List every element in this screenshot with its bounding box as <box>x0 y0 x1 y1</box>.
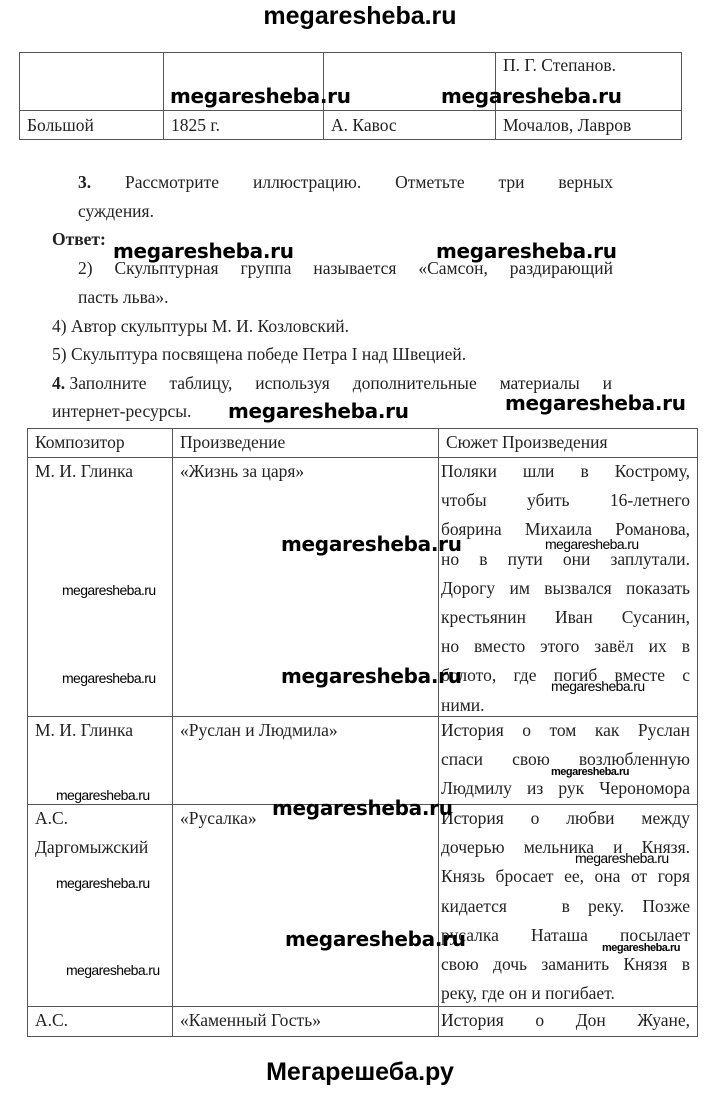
task-4-prompt-line2: интернет-ресурсы. <box>52 401 191 421</box>
watermark: megaresheba.ru <box>551 766 629 778</box>
site-title-header: megaresheba.ru <box>0 2 720 31</box>
watermark: megaresheba.ru <box>272 797 453 819</box>
composer-cell-cont: Даргомыжский <box>35 837 148 857</box>
table-border <box>27 428 28 1037</box>
task-number: 4. <box>52 373 65 393</box>
watermark: megaresheba.ru <box>281 665 462 687</box>
work-cell: «Каменный Гость» <box>180 1010 321 1030</box>
answer-item-cont: пасть льва». <box>78 287 169 307</box>
watermark: megaresheba.ru <box>56 787 150 803</box>
watermark: megaresheba.ru <box>62 670 156 686</box>
table-border <box>681 52 682 140</box>
task-number: 3. <box>78 172 91 192</box>
column-header-work: Произведение <box>180 432 285 452</box>
table-border <box>172 428 173 1037</box>
watermark: megaresheba.ru <box>170 85 351 107</box>
watermark: megaresheba.ru <box>228 400 409 422</box>
composer-cell: М. И. Глинка <box>35 461 133 481</box>
watermark: megaresheba.ru <box>56 875 150 891</box>
watermark: megaresheba.ru <box>436 240 617 262</box>
table-border <box>697 428 698 1037</box>
watermark: megaresheba.ru <box>62 582 156 598</box>
work-cell: «Жизнь за царя» <box>180 461 304 481</box>
table-border <box>163 52 164 140</box>
work-cell: «Русалка» <box>180 808 257 828</box>
table-border <box>19 110 682 111</box>
table-cell: 1825 г. <box>171 115 220 135</box>
task-3-prompt-line1: 3. Рассмотрите иллюстрацию. Отметьте три… <box>78 172 613 192</box>
composer-cell: А.С. <box>35 808 68 828</box>
watermark: megaresheba.ru <box>505 392 686 414</box>
table-border <box>19 52 20 140</box>
watermark: megaresheba.ru <box>602 942 680 954</box>
table-border <box>19 139 682 140</box>
watermark: megaresheba.ru <box>575 850 669 866</box>
table-cell: А. Кавос <box>331 115 397 135</box>
work-cell: «Руслан и Людмила» <box>180 720 338 740</box>
table-border <box>27 1036 698 1037</box>
composer-cell: А.С. <box>35 1010 68 1030</box>
plot-cell: История о том как Руслан спаси свою возл… <box>441 716 690 804</box>
watermark: megaresheba.ru <box>545 536 639 552</box>
answer-item: 4) Автор скульптуры М. И. Козловский. <box>52 316 349 336</box>
watermark: megaresheba.ru <box>285 928 466 950</box>
plot-cell: История о Дон Жуане, <box>441 1006 690 1035</box>
watermark: megaresheba.ru <box>113 240 294 262</box>
column-header-composer: Композитор <box>35 432 125 452</box>
watermark: megaresheba.ru <box>281 533 462 555</box>
answer-label: Ответ: <box>52 229 106 249</box>
answer-item: 5) Скульптура посвящена победе Петра I н… <box>52 344 466 364</box>
plot-cell: История о любви между дочерью мельника и… <box>441 804 690 1008</box>
table-cell: П. Г. Степанов. <box>503 55 616 75</box>
composer-cell: М. И. Глинка <box>35 720 133 740</box>
watermark: megaresheba.ru <box>551 678 645 694</box>
column-header-plot: Сюжет Произведения <box>446 432 608 452</box>
table-border <box>27 428 698 429</box>
table-cell: Большой <box>27 115 94 135</box>
table-border <box>19 52 682 53</box>
task-3-prompt-line2: суждения. <box>78 201 154 221</box>
site-title-footer: Мегарешеба.ру <box>0 1058 720 1087</box>
watermark: megaresheba.ru <box>66 962 160 978</box>
table-cell: Мочалов, Лавров <box>503 115 631 135</box>
watermark: megaresheba.ru <box>441 85 622 107</box>
task-4-prompt-line1: 4. Заполните таблицу, используя дополнит… <box>52 373 612 393</box>
